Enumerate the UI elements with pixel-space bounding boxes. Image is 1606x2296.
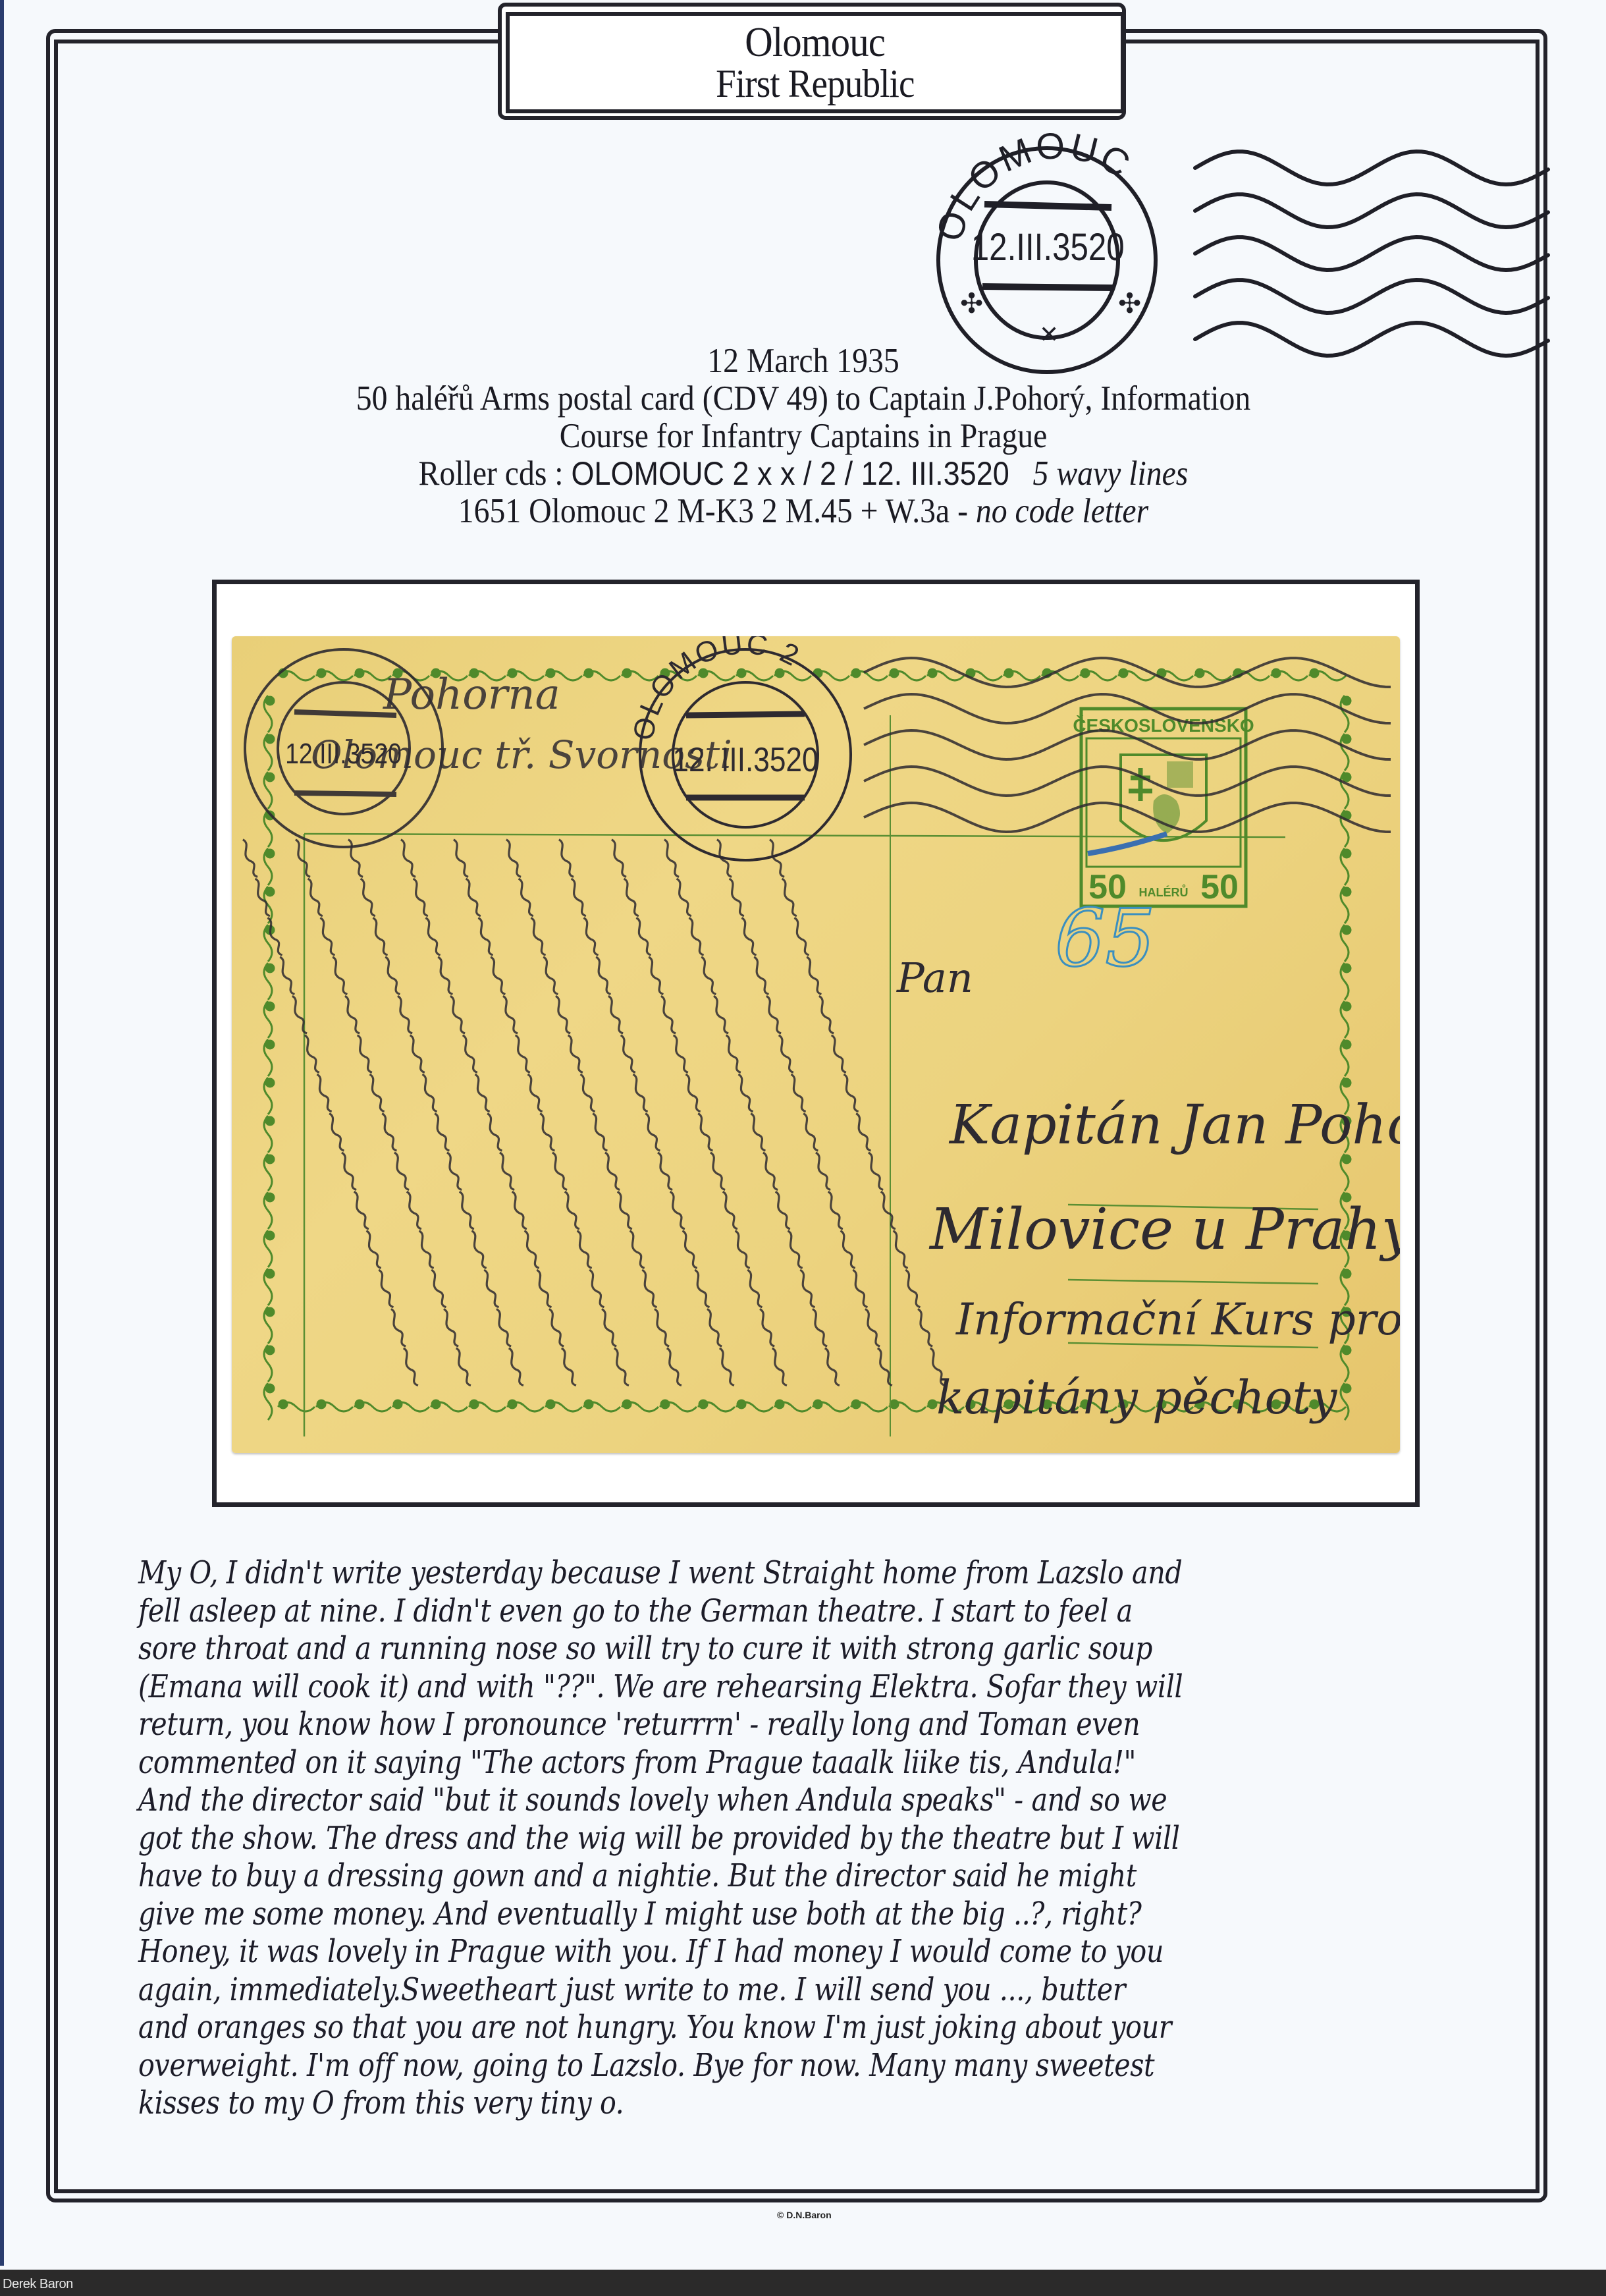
letter-translation: My O, I didn't write yesterday because I… [138, 1554, 1528, 2123]
translation-line: and oranges so that you are not hungry. … [138, 2009, 1333, 2047]
description-catalogue: 1651 Olomouc 2 M-K3 2 M.45 + W.3a - no c… [187, 493, 1420, 530]
translation-line: return, you know how I pronounce 'returr… [138, 1706, 1333, 1744]
imprinted-stamp: ČESKOSLOVENSKO 50 50 HALÉRŮ [1073, 709, 1254, 906]
translation-line: have to buy a dressing gown and a nighti… [138, 1857, 1333, 1896]
postmark-illustration: OLOMOUC 2 12.III.3520 ✣ ✣ ✕ [922, 125, 1554, 375]
translation-line: Honey, it was lovely in Prague with you.… [138, 1933, 1333, 1971]
svg-text:✣: ✣ [960, 289, 983, 319]
translation-line: fell asleep at nine. I didn't even go to… [138, 1593, 1333, 1631]
description-destination: Course for Infantry Captains in Prague [187, 418, 1420, 455]
illus-postmark-date: 12.III.3520 [971, 226, 1125, 269]
description-block: 12 March 1935 50 haléřů Arms postal card… [119, 342, 1488, 530]
address-line-4: Informační Kurs pro [955, 1294, 1400, 1345]
translation-line: again, immediately.Sweetheart just write… [138, 1971, 1333, 2009]
translation-line: sore throat and a running nose so will t… [138, 1630, 1333, 1668]
copyright-notice: © D.N.Baron [777, 2210, 832, 2220]
page-title: Olomouc [745, 21, 886, 63]
description-roller-cds: Roller cds : OLOMOUC 2 x x / 2 / 12. III… [187, 455, 1420, 493]
code-letter-note: no code letter [976, 492, 1148, 530]
postal-card-art: ČESKOSLOVENSKO 50 50 HALÉRŮ OLOMOUC 2 12… [232, 636, 1400, 1453]
translation-line: got the show. The dress and the wig will… [138, 1820, 1333, 1858]
address-line-3: Milovice u Prahy [928, 1197, 1400, 1263]
translation-line: overweight. I'm off now, going to Lazslo… [138, 2047, 1333, 2085]
scan-edge-strip [0, 0, 4, 2266]
address-line-2: Kapitán Jan Pohorný [948, 1094, 1400, 1157]
address-line-1: Pan [896, 954, 973, 1002]
stamp-value-right: 50 [1200, 868, 1239, 906]
title-box: Olomouc First Republic [506, 12, 1125, 113]
translation-line: kisses to my O from this very tiny o. [138, 2085, 1333, 2123]
translation-line: (Emana will cook it) and with "??". We a… [138, 1668, 1333, 1707]
translation-line: give me some money. And eventually I mig… [138, 1896, 1333, 1934]
sender-line-2: Olomouc tř. Svornosti [311, 732, 732, 777]
translation-line: commented on it saying "The actors from … [138, 1744, 1333, 1782]
postal-card: ČESKOSLOVENSKO 50 50 HALÉRŮ OLOMOUC 2 12… [232, 636, 1400, 1453]
description-card-type: 50 haléřů Arms postal card (CDV 49) to C… [187, 380, 1420, 418]
scan-bottom-strip: Derek Baron [0, 2270, 1606, 2296]
page-subtitle: First Republic [716, 63, 914, 104]
translation-line: And the director said "but it sounds lov… [138, 1782, 1333, 1820]
scanner-label: Derek Baron [3, 2277, 73, 2292]
blue-pencil-number: 65 [1055, 893, 1156, 985]
address-line-5: kapitány pěchoty [936, 1371, 1338, 1425]
sender-line-1: Pohorna [383, 670, 560, 719]
wavy-lines-note: 5 wavy lines [1033, 454, 1189, 493]
description-date: 12 March 1935 [187, 342, 1420, 380]
svg-text:✣: ✣ [1118, 289, 1141, 319]
cancel-text: OLOMOUC 2 x x / 2 / 12. III.3520 [571, 455, 1009, 492]
translation-line: My O, I didn't write yesterday because I… [138, 1554, 1333, 1593]
